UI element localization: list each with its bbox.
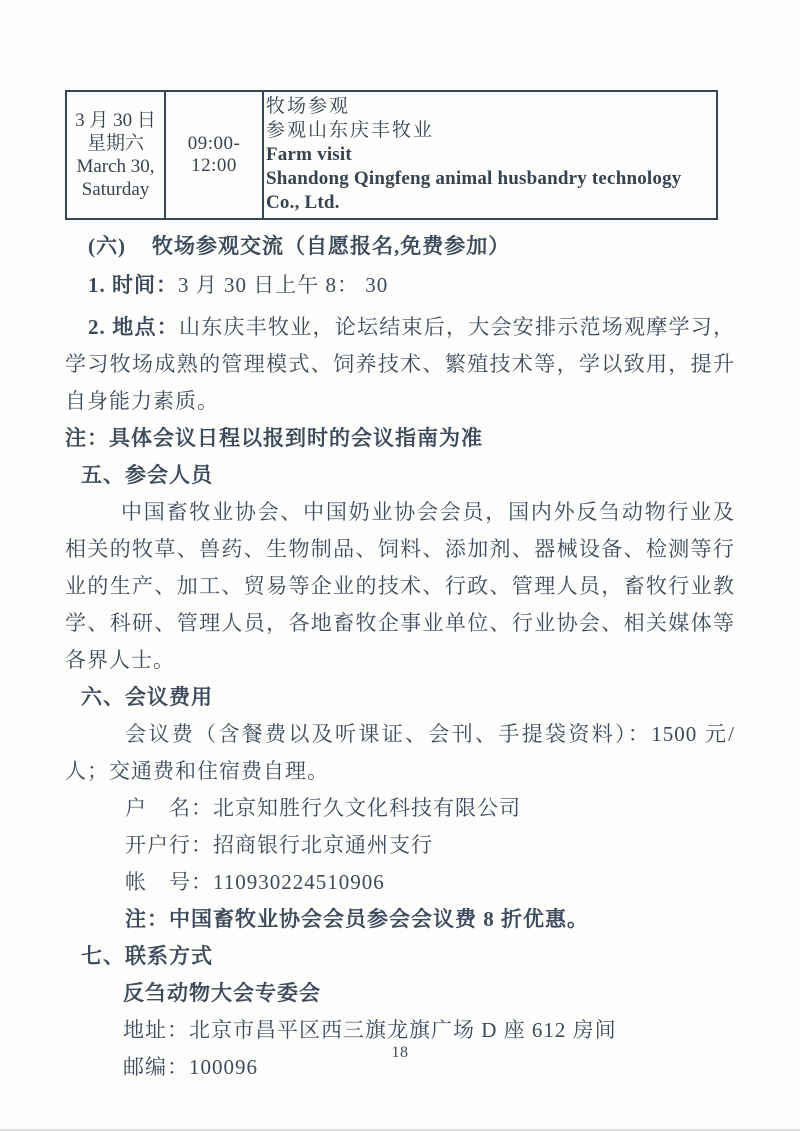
schedule-row: 3 月 30 日 星期六 March 30, Saturday 09:00-12… xyxy=(66,91,717,219)
account-name-line: 户 名：北京知胜行久文化科技有限公司 xyxy=(65,790,735,827)
farm-visit-time-label: 1. 时间： xyxy=(88,273,178,297)
account-name-value: 北京知胜行久文化科技有限公司 xyxy=(213,796,521,820)
bank-line: 开户行：招商银行北京通州支行 xyxy=(65,827,735,864)
date-line-en: March 30, xyxy=(69,155,162,178)
schedule-date-cell: 3 月 30 日 星期六 March 30, Saturday xyxy=(66,91,165,219)
fee-body: 会议费（含餐费以及听课证、会刊、手提袋资料）：1500 元/人；交通费和住宿费自… xyxy=(65,716,735,790)
activity-title-en: Farm visit xyxy=(266,143,714,167)
farm-visit-time-line: 1. 时间：3 月 30 日上午 8： 30 xyxy=(65,267,735,304)
date-line-weekday: 星期六 xyxy=(69,132,162,155)
farm-visit-place-line: 2. 地点：山东庆丰牧业，论坛结束后，大会安排示范场观摩学习，学习牧场成熟的管理… xyxy=(65,309,735,420)
farm-visit-heading-number: (六) xyxy=(88,234,126,258)
participants-body: 中国畜牧业协会、中国奶业协会会员，国内外反刍动物行业及相关的牧草、兽药、生物制品… xyxy=(65,494,735,679)
account-number-label: 帐 号： xyxy=(125,870,213,894)
schedule-activity-cell: 牧场参观 参观山东庆丰牧业 Farm visit Shandong Qingfe… xyxy=(263,91,717,219)
account-number-value: 110930224510906 xyxy=(213,870,385,894)
farm-visit-time-value: 3 月 30 日上午 8： 30 xyxy=(178,273,388,297)
activity-detail-cn: 参观山东庆丰牧业 xyxy=(266,119,714,143)
farm-visit-heading-title: 牧场参观交流（自愿报名,免费参加） xyxy=(152,234,510,258)
page-content: 3 月 30 日 星期六 March 30, Saturday 09:00-12… xyxy=(0,90,800,1086)
contact-heading: 七、联系方式 xyxy=(65,938,735,975)
committee-name: 反刍动物大会专委会 xyxy=(65,975,735,1012)
account-name-label: 户 名： xyxy=(125,796,213,820)
address-value: 北京市昌平区西三旗龙旗广场 D 座 612 房间 xyxy=(189,1018,617,1042)
account-number-line: 帐 号：110930224510906 xyxy=(65,864,735,901)
discount-note: 注：中国畜牧业协会会员参会会议费 8 折优惠。 xyxy=(65,901,735,938)
fee-heading: 六、会议费用 xyxy=(65,679,735,716)
page-number: 18 xyxy=(0,1044,800,1062)
date-line-weekday-en: Saturday xyxy=(69,178,162,201)
schedule-note: 注：具体会议日程以报到时的会议指南为准 xyxy=(65,420,735,457)
farm-visit-heading: (六)牧场参观交流（自愿报名,免费参加） xyxy=(65,228,735,265)
schedule-time-cell: 09:00-12:00 xyxy=(165,91,263,219)
bank-label: 开户行： xyxy=(125,833,213,857)
time-range: 09:00-12:00 xyxy=(188,133,241,176)
bank-value: 招商银行北京通州支行 xyxy=(213,833,433,857)
schedule-table: 3 月 30 日 星期六 March 30, Saturday 09:00-12… xyxy=(65,90,718,220)
document-page: 3 月 30 日 星期六 March 30, Saturday 09:00-12… xyxy=(0,0,800,1131)
farm-visit-place-label: 2. 地点： xyxy=(88,315,179,339)
date-line-cn: 3 月 30 日 xyxy=(69,109,162,132)
activity-title-cn: 牧场参观 xyxy=(266,95,714,119)
activity-detail-en: Shandong Qingfeng animal husbandry techn… xyxy=(266,167,714,215)
address-label: 地址： xyxy=(123,1018,189,1042)
participants-heading: 五、参会人员 xyxy=(65,457,735,494)
